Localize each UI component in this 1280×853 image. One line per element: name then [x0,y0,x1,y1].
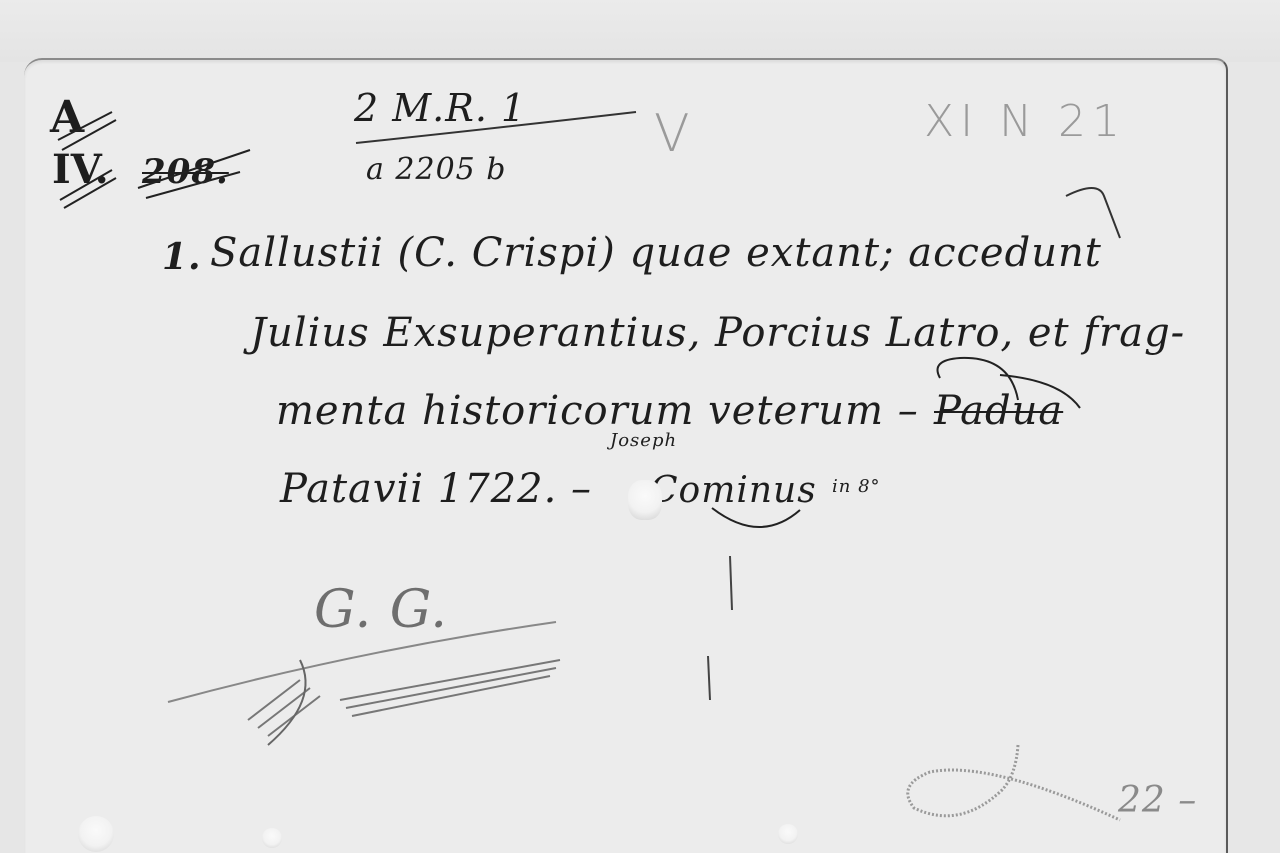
entry-number: 1. [162,236,202,278]
entry-line-1: Sallustii (C. Crispi) quae extant; acced… [210,230,1102,276]
scan-background-right [1226,62,1280,853]
call-number-line2: a 2205 b [366,152,507,187]
punch-hole [262,828,282,848]
entry-line-3-struck: Padua [934,388,1063,434]
shelfmark-letter: A [50,92,84,143]
catalogue-card: A IV. 208. 2 M.R. 1 a 2205 b V XI N 21 1… [24,58,1228,853]
entry-line-3: menta historicorum veterum – [276,388,919,434]
entry-insert-joseph: Joseph [610,430,677,451]
call-number-line1: 2 M.R. 1 [354,86,526,130]
punch-hole [78,816,114,852]
scan-background-top [0,0,1280,62]
paper-damage-spot [628,480,662,520]
entry-format: in 8° [832,476,881,497]
pencil-initials: G. G. [314,580,448,640]
entry-printer: Cominus [650,470,817,511]
shelfmark-number-struck: 208. [142,152,229,192]
entry-line-2: Julius Exsuperantius, Porcius Latro, et … [250,310,1185,356]
entry-place-year: Patavii 1722. – [280,466,592,512]
pencil-signature: XI N 21 [924,96,1126,147]
shelfmark-roman: IV. [52,146,109,193]
punch-hole [778,824,798,844]
pencil-footer-number: 22 – [1118,780,1197,821]
check-mark: V [654,104,690,164]
